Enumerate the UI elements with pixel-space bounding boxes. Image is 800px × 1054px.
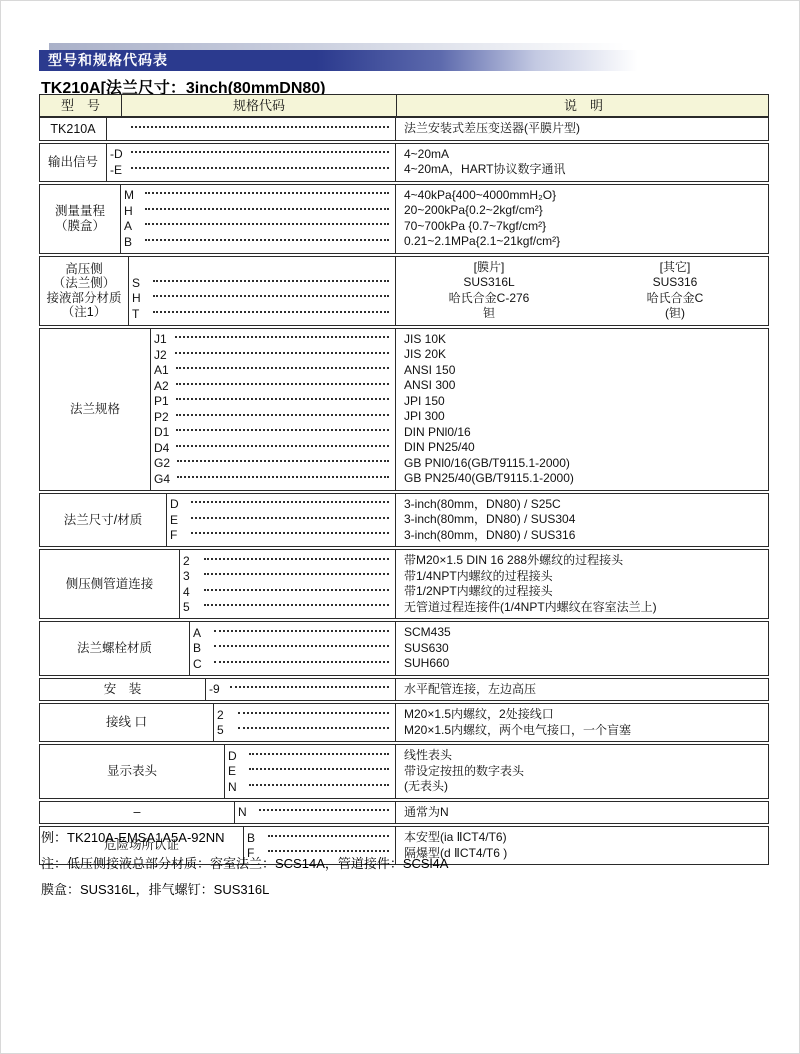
code-column: J1J2A1A2P1P2D1D4G2G4 xyxy=(151,329,395,490)
group-label-line: 侧压侧管道连接 xyxy=(66,577,154,592)
group-label: 法兰规格 xyxy=(40,329,151,490)
code-column: SHT xyxy=(129,257,395,325)
code-line: 2 xyxy=(180,553,395,569)
description-line: 哈氏合金C xyxy=(582,291,768,307)
code-column: N xyxy=(235,802,395,824)
code-column xyxy=(107,118,395,140)
spec-code: 5 xyxy=(214,723,231,737)
dotted-leader xyxy=(259,809,389,811)
code-line: D4 xyxy=(151,440,395,456)
spec-code: 4 xyxy=(180,585,197,599)
code-line: T xyxy=(129,306,395,322)
spec-group-model: TK210A法兰安装式差压变送器(平膜片型) xyxy=(39,117,769,141)
spec-code: 5 xyxy=(180,600,197,614)
diaphragm-material-column: [膜片]SUS316L哈氏合金C-276钽 xyxy=(396,260,582,322)
code-line: E xyxy=(167,512,395,528)
description-line: 哈氏合金C-276 xyxy=(396,291,582,307)
code-line: B xyxy=(121,234,395,250)
spec-code: E xyxy=(225,764,242,778)
code-line: G4 xyxy=(151,471,395,487)
code-line: A xyxy=(121,219,395,235)
dotted-leader xyxy=(176,367,389,369)
description-line: 线性表头 xyxy=(404,748,768,764)
spec-group-lp-side-pipe-connection: 侧压侧管道连接2345带M20×1.5 DIN 16 288外螺纹的过程接头带1… xyxy=(39,549,769,619)
dotted-leader xyxy=(204,604,389,606)
code-line: E xyxy=(225,764,395,780)
spec-code: J1 xyxy=(151,332,168,346)
code-line: G2 xyxy=(151,456,395,472)
spec-code: P2 xyxy=(151,410,169,424)
group-label-line: （注1） xyxy=(62,305,106,320)
dotted-leader xyxy=(176,414,389,416)
group-label: 侧压侧管道连接 xyxy=(40,550,180,618)
description-line: 3-inch(80mm，DN80) / SUS316 xyxy=(404,528,768,544)
spec-code: 2 xyxy=(180,554,197,568)
description-line: 3-inch(80mm，DN80) / SUS304 xyxy=(404,512,768,528)
description-cell: 带M20×1.5 DIN 16 288外螺纹的过程接头带1/4NPT内螺纹的过程… xyxy=(395,550,768,618)
description-line: [膜片] xyxy=(396,260,582,276)
code-line: 2 xyxy=(214,707,395,723)
description-line: GB PNl0/16(GB/T9115.1-2000) xyxy=(404,456,768,472)
code-line: N xyxy=(235,805,395,821)
spec-code: P1 xyxy=(151,394,169,408)
group-label-line: 高压侧 xyxy=(65,262,103,277)
dotted-leader xyxy=(145,208,389,210)
dotted-leader xyxy=(176,398,389,400)
code-line: S xyxy=(129,275,395,291)
description-line: 无管道过程连接件(1/4NPT内螺纹在容室法兰上) xyxy=(404,600,768,616)
description-line: 带1/2NPT内螺纹的过程接头 xyxy=(404,584,768,600)
title-bar-highlight-strip xyxy=(49,43,769,50)
code-line: P1 xyxy=(151,394,395,410)
column-header-model: 型 号 xyxy=(40,95,122,116)
code-column: -D-E xyxy=(107,144,395,181)
group-label: 显示表头 xyxy=(40,745,225,798)
spec-code: N xyxy=(225,780,242,794)
description-line: JPI 300 xyxy=(404,409,768,425)
spec-code: H xyxy=(129,291,146,305)
dotted-leader xyxy=(176,429,389,431)
dotted-leader xyxy=(177,476,389,478)
dotted-leader xyxy=(175,336,389,338)
code-column: -9 xyxy=(206,679,395,701)
code-column: ABC xyxy=(190,622,395,675)
dotted-leader xyxy=(145,192,389,194)
spec-code: B xyxy=(190,641,207,655)
spec-group-display-head: 显示表头DEN线性表头带设定按扭的数字表头(无表头) xyxy=(39,744,769,799)
group-label-line: （法兰侧） xyxy=(53,276,116,291)
code-line: D xyxy=(167,497,395,513)
spec-group-dash: –N通常为N xyxy=(39,801,769,825)
dotted-leader xyxy=(131,126,389,128)
code-line: N xyxy=(225,779,395,795)
code-line xyxy=(107,121,395,137)
description-cell: JIS 10KJIS 20KANSI 150ANSI 300JPI 150JPI… xyxy=(395,329,768,490)
group-label: 高压侧（法兰侧）接液部分材质（注1） xyxy=(40,257,129,325)
description-cell: 法兰安装式差压变送器(平膜片型) xyxy=(395,118,768,140)
code-line: -D xyxy=(107,147,395,163)
code-line: -9 xyxy=(206,682,395,698)
other-material-column: [其它]SUS316哈氏合金C(钽) xyxy=(582,260,768,322)
code-line: F xyxy=(167,528,395,544)
group-label-line: 输出信号 xyxy=(48,155,98,170)
description-line: JIS 20K xyxy=(404,347,768,363)
spec-group-hp-side-wetted-material: 高压侧（法兰侧）接液部分材质（注1）SHT[膜片]SUS316L哈氏合金C-27… xyxy=(39,256,769,326)
description-line: 带1/4NPT内螺纹的过程接头 xyxy=(404,569,768,585)
code-line: H xyxy=(121,203,395,219)
description-line: DIN PN25/40 xyxy=(404,440,768,456)
group-label: – xyxy=(40,802,235,824)
spec-code: -E xyxy=(107,163,124,177)
table-body: TK210A法兰安装式差压变送器(平膜片型)输出信号-D-E4~20mA4~20… xyxy=(39,117,769,865)
spec-code: J2 xyxy=(151,348,168,362)
spec-code: A2 xyxy=(151,379,169,393)
code-column: 2345 xyxy=(180,550,395,618)
code-line: 5 xyxy=(214,723,395,739)
code-line-spacer xyxy=(129,260,395,276)
code-line: -E xyxy=(107,162,395,178)
group-label: TK210A xyxy=(40,118,107,140)
spec-group-output-signal: 输出信号-D-E4~20mA4~20mA，HART协议数字通讯 xyxy=(39,143,769,182)
description-line: 4~20mA，HART协议数字通讯 xyxy=(404,162,768,178)
description-line: ANSI 300 xyxy=(404,378,768,394)
code-line: J2 xyxy=(151,347,395,363)
code-line: B xyxy=(190,641,395,657)
description-line: ANSI 150 xyxy=(404,363,768,379)
spec-group-flange-bolt-material: 法兰螺栓材质ABCSCM435SUS630SUH660 xyxy=(39,621,769,676)
code-line: A1 xyxy=(151,363,395,379)
description-line: 通常为N xyxy=(404,805,768,821)
group-label-line: 显示表头 xyxy=(107,764,157,779)
code-line: H xyxy=(129,291,395,307)
column-header-description: 说 明 xyxy=(397,95,770,116)
spec-code: N xyxy=(235,805,252,819)
spec-code: G4 xyxy=(151,472,170,486)
description-line: M20×1.5内螺纹，2处接线口 xyxy=(404,707,768,723)
dotted-leader xyxy=(153,311,389,313)
group-label: 法兰尺寸/材质 xyxy=(40,494,167,547)
group-label-line: 法兰尺寸/材质 xyxy=(64,513,142,528)
spec-code: S xyxy=(129,276,146,290)
spec-group-measuring-range: 测量量程（膜盒）MHAB4~40kPa{400~4000mmH₂O}20~200… xyxy=(39,184,769,254)
group-label-line: – xyxy=(134,805,141,820)
group-label-line: TK210A xyxy=(50,122,95,137)
dotted-leader xyxy=(238,712,389,714)
description-cell: 通常为N xyxy=(395,802,768,824)
description-line: [其它] xyxy=(582,260,768,276)
code-line: A2 xyxy=(151,378,395,394)
description-line: M20×1.5内螺纹，两个电气接口，一个盲塞 xyxy=(404,723,768,739)
group-label-line: 安 装 xyxy=(104,682,142,697)
material-columns: [膜片]SUS316L哈氏合金C-276钽[其它]SUS316哈氏合金C(钽) xyxy=(396,260,768,322)
dotted-leader xyxy=(153,280,389,282)
group-label-line: 接液部分材质 xyxy=(46,291,121,306)
description-line: 法兰安装式差压变送器(平膜片型) xyxy=(404,121,768,137)
description-cell: 本安型(ia ⅡCT4/T6)隔爆型(d ⅡCT4/T6 ) xyxy=(395,827,768,864)
code-line: 4 xyxy=(180,584,395,600)
note-line-1: 注：低压侧接液总部分材质：容室法兰：SCS14A，管道接件：SCSl4A xyxy=(41,851,448,877)
description-cell: 3-inch(80mm，DN80) / S25C3-inch(80mm，DN80… xyxy=(395,494,768,547)
spec-code: G2 xyxy=(151,456,170,470)
dotted-leader xyxy=(131,167,389,169)
description-line: GB PN25/40(GB/T9115.1-2000) xyxy=(404,471,768,487)
group-label: 法兰螺栓材质 xyxy=(40,622,190,675)
description-line: 钽 xyxy=(396,306,582,322)
section-title-gradient-bar: 型号和规格代码表 xyxy=(39,50,769,71)
code-column: MHAB xyxy=(121,185,395,253)
dotted-leader xyxy=(191,532,389,534)
description-line: 带设定按扭的数字表头 xyxy=(404,764,768,780)
description-line: 20~200kPa{0.2~2kgf/cm²} xyxy=(404,203,768,219)
spec-code: A xyxy=(121,219,138,233)
code-column: DEN xyxy=(225,745,395,798)
dotted-leader xyxy=(191,501,389,503)
description-line: 隔爆型(d ⅡCT4/T6 ) xyxy=(404,846,768,862)
spec-code: D4 xyxy=(151,441,169,455)
dotted-leader xyxy=(191,517,389,519)
dotted-leader xyxy=(204,573,389,575)
spec-code: C xyxy=(190,657,207,671)
description-cell: 线性表头带设定按扭的数字表头(无表头) xyxy=(395,745,768,798)
dotted-leader xyxy=(214,645,389,647)
description-line: 4~40kPa{400~4000mmH₂O} xyxy=(404,188,768,204)
code-line: J1 xyxy=(151,332,395,348)
spec-group-installation: 安 装-9水平配管连接，左边高压 xyxy=(39,678,769,702)
description-line: SCM435 xyxy=(404,625,768,641)
dotted-leader xyxy=(145,239,389,241)
dotted-leader xyxy=(249,768,389,770)
dotted-leader xyxy=(145,223,389,225)
group-label-line: 测量量程 xyxy=(55,204,105,219)
dotted-leader xyxy=(249,753,389,755)
description-line: SUS630 xyxy=(404,641,768,657)
description-line: 4~20mA xyxy=(404,147,768,163)
spec-code: M xyxy=(121,188,138,202)
group-label: 测量量程（膜盒） xyxy=(40,185,121,253)
code-column: 25 xyxy=(214,704,395,741)
code-line: 3 xyxy=(180,569,395,585)
dotted-leader xyxy=(177,460,389,462)
dotted-leader xyxy=(204,558,389,560)
dotted-leader xyxy=(238,727,389,729)
spec-code: 3 xyxy=(180,569,197,583)
code-line: C xyxy=(190,656,395,672)
group-label-line: 法兰规格 xyxy=(70,402,120,417)
table-header-row: 型 号 规格代码 说 明 xyxy=(39,94,769,117)
dotted-leader xyxy=(230,686,389,688)
example-line: 例：TK210A-EMSA1A5A-92NN xyxy=(41,825,448,851)
spec-code: D xyxy=(167,497,184,511)
note-line-2: 膜盒：SUS316L，排气螺钉：SUS316L xyxy=(41,877,448,903)
dotted-leader xyxy=(131,151,389,153)
column-header-code: 规格代码 xyxy=(122,95,397,116)
section-title: 型号和规格代码表 xyxy=(48,52,168,68)
dotted-leader xyxy=(176,445,389,447)
description-cell: 4~40kPa{400~4000mmH₂O}20~200kPa{0.2~2kgf… xyxy=(395,185,768,253)
spec-code: -D xyxy=(107,147,124,161)
spec-code: A1 xyxy=(151,363,169,377)
group-label-line: （膜盒） xyxy=(55,219,105,234)
group-label: 输出信号 xyxy=(40,144,107,181)
code-line: M xyxy=(121,188,395,204)
dotted-leader xyxy=(214,630,389,632)
description-line: (无表头) xyxy=(404,779,768,795)
description-line: 带M20×1.5 DIN 16 288外螺纹的过程接头 xyxy=(404,553,768,569)
description-cell: 水平配管连接，左边高压 xyxy=(395,679,768,701)
spec-group-terminal-port: 接线 口25M20×1.5内螺纹，2处接线口M20×1.5内螺纹，两个电气接口，… xyxy=(39,703,769,742)
description-cell: [膜片]SUS316L哈氏合金C-276钽[其它]SUS316哈氏合金C(钽) xyxy=(395,257,768,325)
section-title-bar: 型号和规格代码表 xyxy=(39,43,769,71)
description-line: 70~700kPa {0.7~7kgf/cm²} xyxy=(404,219,768,235)
description-line: SUS316 xyxy=(582,275,768,291)
footer-notes: 例：TK210A-EMSA1A5A-92NN 注：低压侧接液总部分材质：容室法兰… xyxy=(41,825,448,903)
description-line: (钽) xyxy=(582,306,768,322)
description-line: 3-inch(80mm，DN80) / S25C xyxy=(404,497,768,513)
group-label: 接线 口 xyxy=(40,704,214,741)
description-line: 0.21~2.1MPa{2.1~21kgf/cm²} xyxy=(404,234,768,250)
spec-code: 2 xyxy=(214,708,231,722)
dotted-leader xyxy=(176,383,389,385)
code-line: A xyxy=(190,625,395,641)
datasheet-page: 型号和规格代码表 TK210A[法兰尺寸：3inch(80mmDN80) 型 号… xyxy=(0,0,800,1054)
spec-code: -9 xyxy=(206,682,223,696)
code-line: D xyxy=(225,748,395,764)
spec-code: F xyxy=(167,528,184,542)
group-label-line: 接线 口 xyxy=(106,715,147,730)
description-cell: 4~20mA4~20mA，HART协议数字通讯 xyxy=(395,144,768,181)
description-cell: M20×1.5内螺纹，2处接线口M20×1.5内螺纹，两个电气接口，一个盲塞 xyxy=(395,704,768,741)
description-line: 水平配管连接，左边高压 xyxy=(404,682,768,698)
spec-code: D xyxy=(225,749,242,763)
spec-code: A xyxy=(190,626,207,640)
spec-code: D1 xyxy=(151,425,169,439)
spec-code-table: 型 号 规格代码 说 明 TK210A法兰安装式差压变送器(平膜片型)输出信号-… xyxy=(39,94,769,865)
spec-group-flange-rating: 法兰规格J1J2A1A2P1P2D1D4G2G4JIS 10KJIS 20KAN… xyxy=(39,328,769,491)
description-cell: SCM435SUS630SUH660 xyxy=(395,622,768,675)
dotted-leader xyxy=(249,784,389,786)
dotted-leader xyxy=(153,295,389,297)
description-line: DIN PNl0/16 xyxy=(404,425,768,441)
dotted-leader xyxy=(204,589,389,591)
description-line: 本安型(ia ⅡCT4/T6) xyxy=(404,830,768,846)
description-line: JPI 150 xyxy=(404,394,768,410)
spec-group-flange-size-material: 法兰尺寸/材质DEF3-inch(80mm，DN80) / S25C3-inch… xyxy=(39,493,769,548)
description-line: SUS316L xyxy=(396,275,582,291)
code-line: 5 xyxy=(180,600,395,616)
code-line: P2 xyxy=(151,409,395,425)
description-line: SUH660 xyxy=(404,656,768,672)
spec-code: E xyxy=(167,513,184,527)
spec-code: H xyxy=(121,204,138,218)
code-column: DEF xyxy=(167,494,395,547)
spec-code: T xyxy=(129,307,146,321)
spec-code: B xyxy=(121,235,138,249)
dotted-leader xyxy=(214,661,389,663)
description-line: JIS 10K xyxy=(404,332,768,348)
group-label: 安 装 xyxy=(40,679,206,701)
code-line: D1 xyxy=(151,425,395,441)
group-label-line: 法兰螺栓材质 xyxy=(77,641,152,656)
dotted-leader xyxy=(175,352,389,354)
